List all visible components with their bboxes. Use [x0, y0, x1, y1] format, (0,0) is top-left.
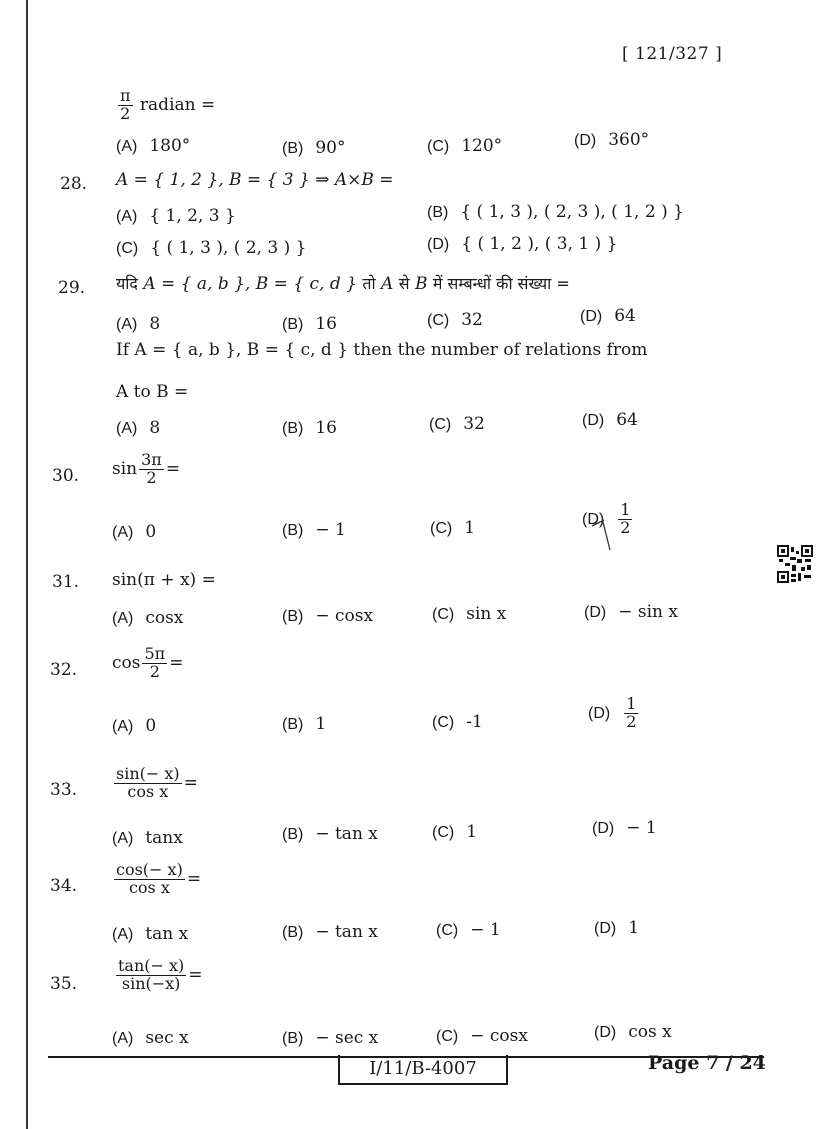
question-27-stem: π 2 radian =	[116, 88, 215, 123]
option-a[interactable]: (A)0	[112, 716, 156, 736]
option-d[interactable]: (D)− 1	[592, 818, 657, 838]
option-c[interactable]: (C)120°	[427, 136, 502, 156]
option-b[interactable]: (B)− cosx	[282, 606, 373, 626]
option-b[interactable]: (B)− tan x	[282, 824, 378, 844]
question-number: 29.	[58, 278, 85, 298]
fraction: 3π2	[139, 452, 164, 487]
option-d[interactable]: (D)64	[582, 410, 638, 430]
question-number: 31.	[52, 572, 79, 592]
option-a[interactable]: (A)8	[116, 418, 160, 438]
question-number: 32.	[50, 660, 77, 680]
question-number: 33.	[50, 780, 77, 800]
option-c[interactable]: (C){ ( 1, 3 ), ( 2, 3 ) }	[116, 238, 307, 258]
option-c[interactable]: (C)32	[429, 414, 485, 434]
sheet-reference: [ 121/327 ]	[622, 44, 722, 64]
option-b[interactable]: (B)16	[282, 418, 337, 438]
question-number: 35.	[50, 974, 77, 994]
fraction: sin(− x)cos x	[114, 766, 182, 801]
option-b[interactable]: (B)16	[282, 314, 337, 334]
question-number: 34.	[50, 876, 77, 896]
option-a[interactable]: (A)0	[112, 522, 156, 542]
question-number: 30.	[52, 466, 79, 486]
option-d[interactable]: (D)12	[588, 696, 640, 731]
pen-tick-mark-icon	[590, 512, 614, 552]
option-c[interactable]: (C)− cosx	[436, 1026, 528, 1046]
question-28-stem: A = { 1, 2 }, B = { 3 } ⇒ A×B =	[116, 170, 394, 190]
question-number: 28.	[60, 174, 87, 194]
option-b[interactable]: (B)− 1	[282, 520, 346, 540]
option-a[interactable]: (A)tanx	[112, 828, 183, 848]
option-a[interactable]: (A)8	[116, 314, 160, 334]
option-d[interactable]: (D)cos x	[594, 1022, 672, 1042]
question-35-stem: tan(− x)sin(−x)=	[114, 958, 203, 993]
question-31-stem: sin(π + x) =	[112, 570, 216, 590]
fraction: cos(− x)cos x	[114, 862, 185, 897]
option-c[interactable]: (C)− 1	[436, 920, 501, 940]
option-a[interactable]: (A)180°	[116, 136, 190, 156]
option-d[interactable]: (D)1	[594, 918, 639, 938]
option-c[interactable]: (C)32	[427, 310, 483, 330]
option-c[interactable]: (C)1	[432, 822, 477, 842]
option-d[interactable]: (D){ ( 1, 2 ), ( 3, 1 ) }	[427, 234, 618, 254]
option-d[interactable]: (D)360°	[574, 130, 649, 150]
option-b[interactable]: (B)1	[282, 714, 326, 734]
fraction: 12	[624, 696, 638, 731]
option-d[interactable]: (D)64	[580, 306, 636, 326]
qr-code-icon	[777, 545, 813, 583]
fraction: 5π2	[142, 646, 167, 681]
option-a[interactable]: (A)sec x	[112, 1028, 189, 1048]
option-c[interactable]: (C)sin x	[432, 604, 506, 624]
fraction: π 2	[118, 88, 133, 123]
question-32-stem: cos5π2=	[112, 646, 183, 681]
option-a[interactable]: (A)tan x	[112, 924, 188, 944]
question-33-stem: sin(− x)cos x=	[112, 766, 198, 801]
option-b[interactable]: (B)90°	[282, 138, 345, 158]
fraction: tan(− x)sin(−x)	[116, 958, 186, 993]
option-b[interactable]: (B)− sec x	[282, 1028, 378, 1048]
question-29-stem-english-line1: If A = { a, b }, B = { c, d } then the n…	[116, 340, 647, 360]
fraction: 12	[618, 502, 632, 537]
question-29-stem-english-line2: A to B =	[116, 382, 188, 402]
page-margin-line	[26, 0, 28, 1129]
question-29-stem-hindi: यदि A = { a, b }, B = { c, d } तो A से B…	[116, 272, 570, 294]
option-b[interactable]: (B){ ( 1, 3 ), ( 2, 3 ), ( 1, 2 ) }	[427, 202, 684, 222]
option-d[interactable]: (D)− sin x	[584, 602, 678, 622]
option-a[interactable]: (A)cosx	[112, 608, 183, 628]
question-34-stem: cos(− x)cos x=	[112, 862, 201, 897]
page-number: Page 7 / 24	[648, 1052, 766, 1074]
option-b[interactable]: (B)− tan x	[282, 922, 378, 942]
option-c[interactable]: (C)-1	[432, 712, 483, 732]
paper-code: I/11/B-4007	[338, 1055, 508, 1085]
option-c[interactable]: (C)1	[430, 518, 475, 538]
option-a[interactable]: (A){ 1, 2, 3 }	[116, 206, 236, 226]
question-30-stem: sin3π2=	[112, 452, 180, 487]
